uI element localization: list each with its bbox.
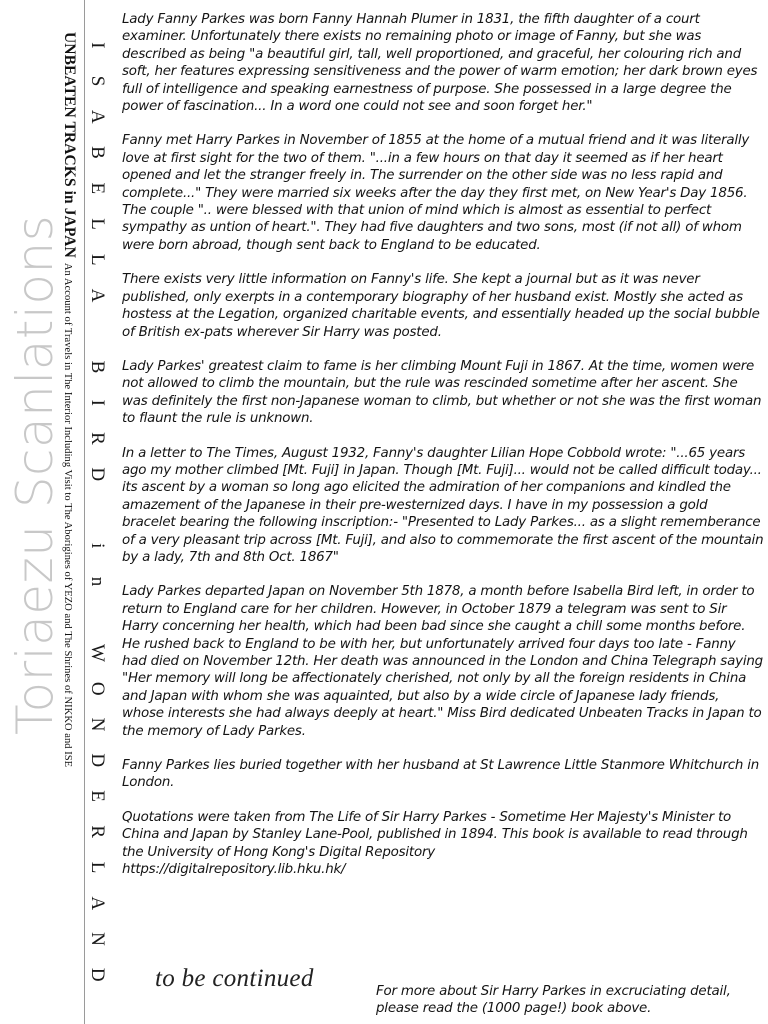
series-title-letter: E [86, 173, 108, 204]
source-url-link[interactable]: https://digitalrepository.lib.hku.hk/ [122, 861, 764, 878]
series-title-letter: I [86, 30, 108, 61]
paragraph-life: There exists very little information on … [122, 271, 764, 341]
series-title-letter [86, 316, 108, 347]
series-title-letter: E [86, 781, 108, 812]
series-title-letter: A [86, 888, 108, 919]
series-title-letter: I [86, 388, 108, 419]
footer-note-line-2: please read the (1000 page!) book above. [376, 1000, 768, 1017]
series-title-letter: S [86, 66, 108, 97]
scanlation-watermark: Toriaezu Scanlations [10, 215, 60, 735]
series-title-letter [86, 495, 108, 526]
left-margin-column: I S A B E L L A B I R D i n W O N D E R … [0, 0, 118, 1024]
series-title-letter: B [86, 352, 108, 383]
series-title-letter: n [86, 566, 108, 597]
series-title-letter: A [86, 102, 108, 133]
footer-note-line-1: For more about Sir Harry Parkes in excru… [376, 983, 768, 1000]
vertical-divider-line [84, 0, 85, 1024]
paragraph-birth: Lady Fanny Parkes was born Fanny Hannah … [122, 11, 764, 115]
article-body: Lady Fanny Parkes was born Fanny Hannah … [122, 11, 764, 895]
series-title-letter: R [86, 817, 108, 848]
series-title-letter: N [86, 709, 108, 740]
series-title-letter: N [86, 924, 108, 955]
series-title-letter: R [86, 423, 108, 454]
series-title-letter: O [86, 674, 108, 705]
paragraph-sources: Quotations were taken from The Life of S… [122, 809, 764, 861]
series-title-letter: D [86, 459, 108, 490]
series-title-letter: D [86, 745, 108, 776]
series-title-letter [86, 602, 108, 633]
paragraph-times-letter: In a letter to The Times, August 1932, F… [122, 445, 764, 567]
series-title-letter: i [86, 531, 108, 562]
series-title-letter: L [86, 245, 108, 276]
paragraph-death: Lady Parkes departed Japan on November 5… [122, 583, 764, 740]
series-title-letter: W [86, 638, 108, 669]
footer-note: For more about Sir Harry Parkes in excru… [376, 983, 768, 1018]
series-title-letter: L [86, 209, 108, 240]
series-title-letter: B [86, 137, 108, 168]
to-be-continued-caption: to be continued [155, 965, 314, 993]
series-title-letter: A [86, 280, 108, 311]
paragraph-burial: Fanny Parkes lies buried together with h… [122, 757, 764, 792]
series-title-vertical: I S A B E L L A B I R D i n W O N D E R … [86, 30, 108, 990]
series-title-letter: D [86, 960, 108, 991]
paragraph-marriage: Fanny met Harry Parkes in November of 18… [122, 132, 764, 254]
paragraph-mount-fuji: Lady Parkes' greatest claim to fame is h… [122, 358, 764, 428]
series-title-letter: L [86, 852, 108, 883]
